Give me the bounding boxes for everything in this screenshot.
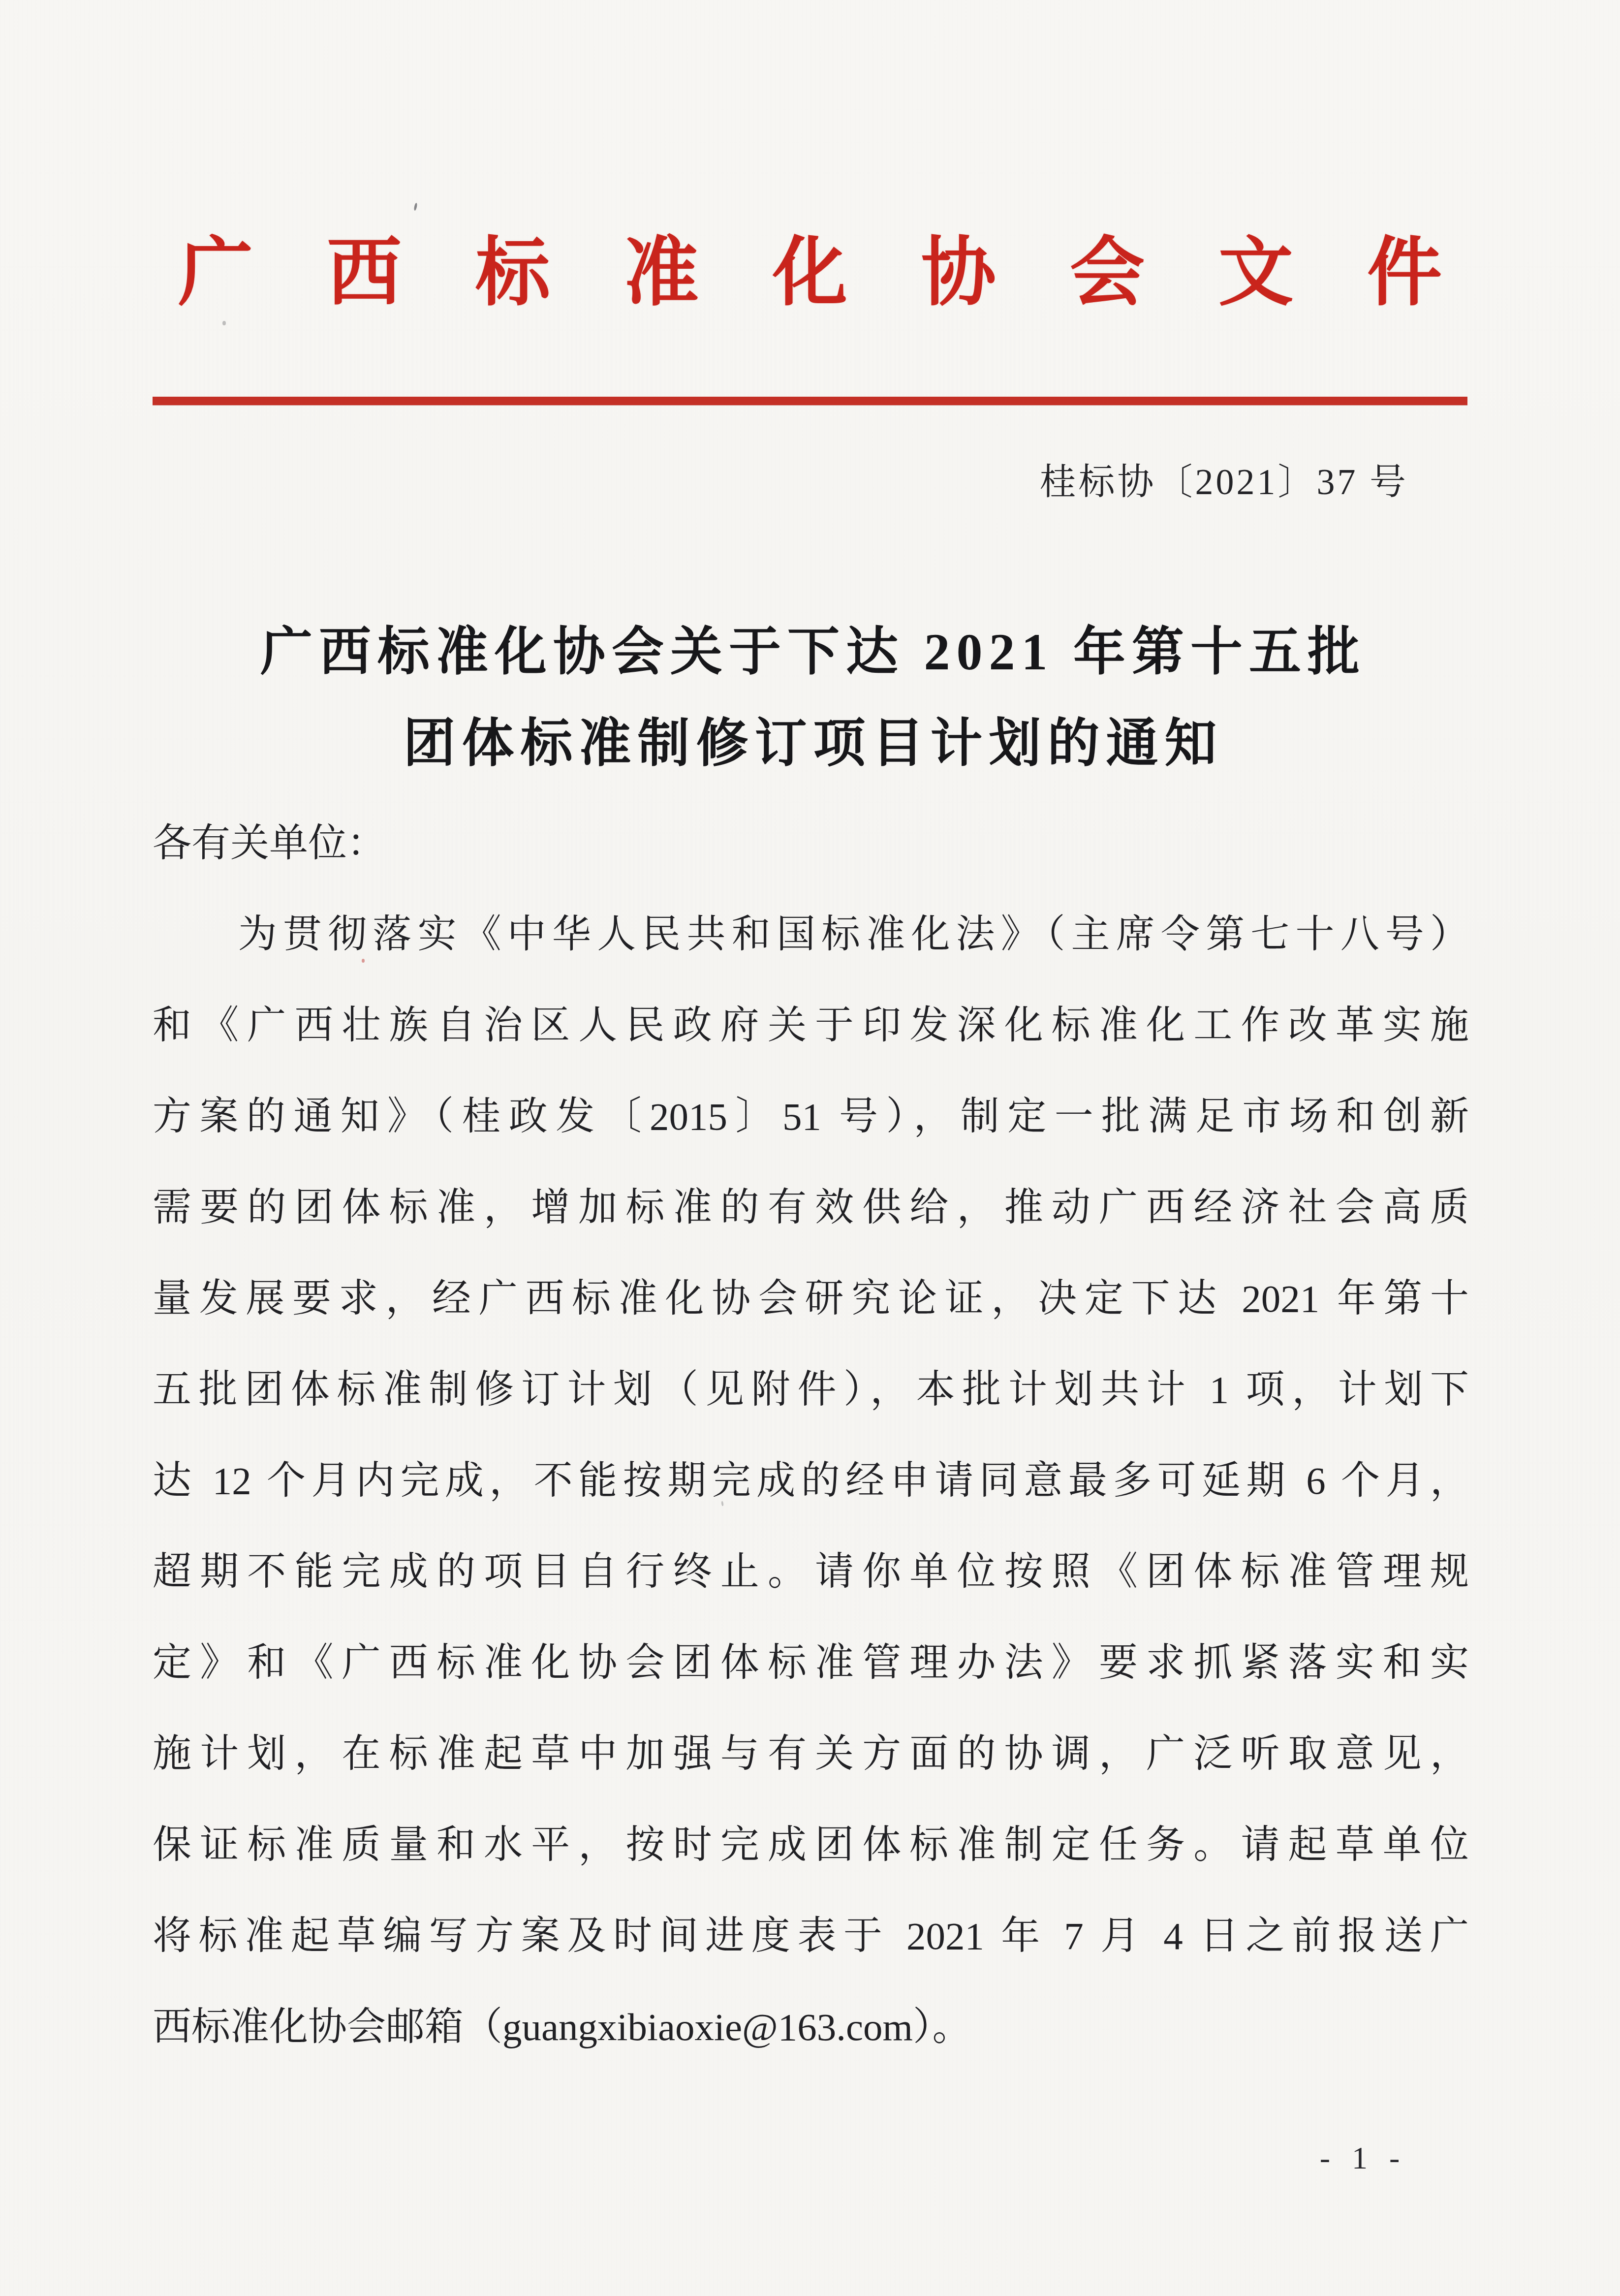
body-line-email: 西标准化协会邮箱（guangxibiaoxie@163.com）。	[153, 1982, 1469, 2073]
document-number: 桂标协〔2021〕37 号	[0, 462, 1408, 503]
page-number: - 1 -	[1289, 2136, 1437, 2180]
body-line: 方案的通知》（桂政发〔2015〕51 号），制定一批满足市场和创新	[153, 1071, 1469, 1163]
body-line: 超期不能完成的项目自行终止。请你单位按照《团体标准管理规	[153, 1527, 1469, 1618]
document-title-line-1: 广西标准化协会关于下达 2021 年第十五批	[6, 606, 1620, 698]
document-title: 广西标准化协会关于下达 2021 年第十五批 团体标准制修订项目计划的通知	[0, 606, 1620, 789]
salutation-line: 各有关单位：	[153, 798, 1469, 889]
body-line: 五批团体标准制修订计划（见附件），本批计划共计 1 项，计划下	[153, 1345, 1469, 1436]
scan-speck	[413, 203, 417, 211]
scan-speck	[222, 321, 226, 325]
document-page: 广西标准化协会文件 桂标协〔2021〕37 号 广西标准化协会关于下达 2021…	[0, 0, 1620, 2296]
body-line: 为贯彻落实《中华人民共和国标准化法》（主席令第七十八号）	[153, 889, 1469, 980]
body-line: 达 12 个月内完成，不能按期完成的经申请同意最多可延期 6 个月，	[153, 1436, 1469, 1527]
body-line: 定》和《广西标准化协会团体标准管理办法》要求抓紧落实和实	[153, 1618, 1469, 1709]
body-line: 施计划，在标准起草中加强与有关方面的协调，广泛听取意见，	[153, 1709, 1469, 1800]
body-line: 将标准起草编写方案及时间进度表于 2021 年 7 月 4 日之前报送广	[153, 1891, 1469, 1982]
body-line: 需要的团体标准，增加标准的有效供给，推动广西经济社会高质	[153, 1163, 1469, 1254]
body-line: 量发展要求，经广西标准化协会研究论证，决定下达 2021 年第十	[153, 1254, 1469, 1345]
body-line: 和《广西壮族自治区人民政府关于印发深化标准化工作改革实施	[153, 980, 1469, 1071]
letterhead-org-title: 广西标准化协会文件	[0, 224, 1620, 322]
document-title-line-2: 团体标准制修订项目计划的通知	[6, 698, 1620, 789]
letterhead-red-rule	[153, 397, 1467, 405]
body-line: 保证标准质量和水平，按时完成团体标准制定任务。请起草单位	[153, 1800, 1469, 1891]
scan-speck	[362, 959, 365, 963]
document-body: 各有关单位： 为贯彻落实《中华人民共和国标准化法》（主席令第七十八号） 和《广西…	[153, 798, 1469, 2073]
